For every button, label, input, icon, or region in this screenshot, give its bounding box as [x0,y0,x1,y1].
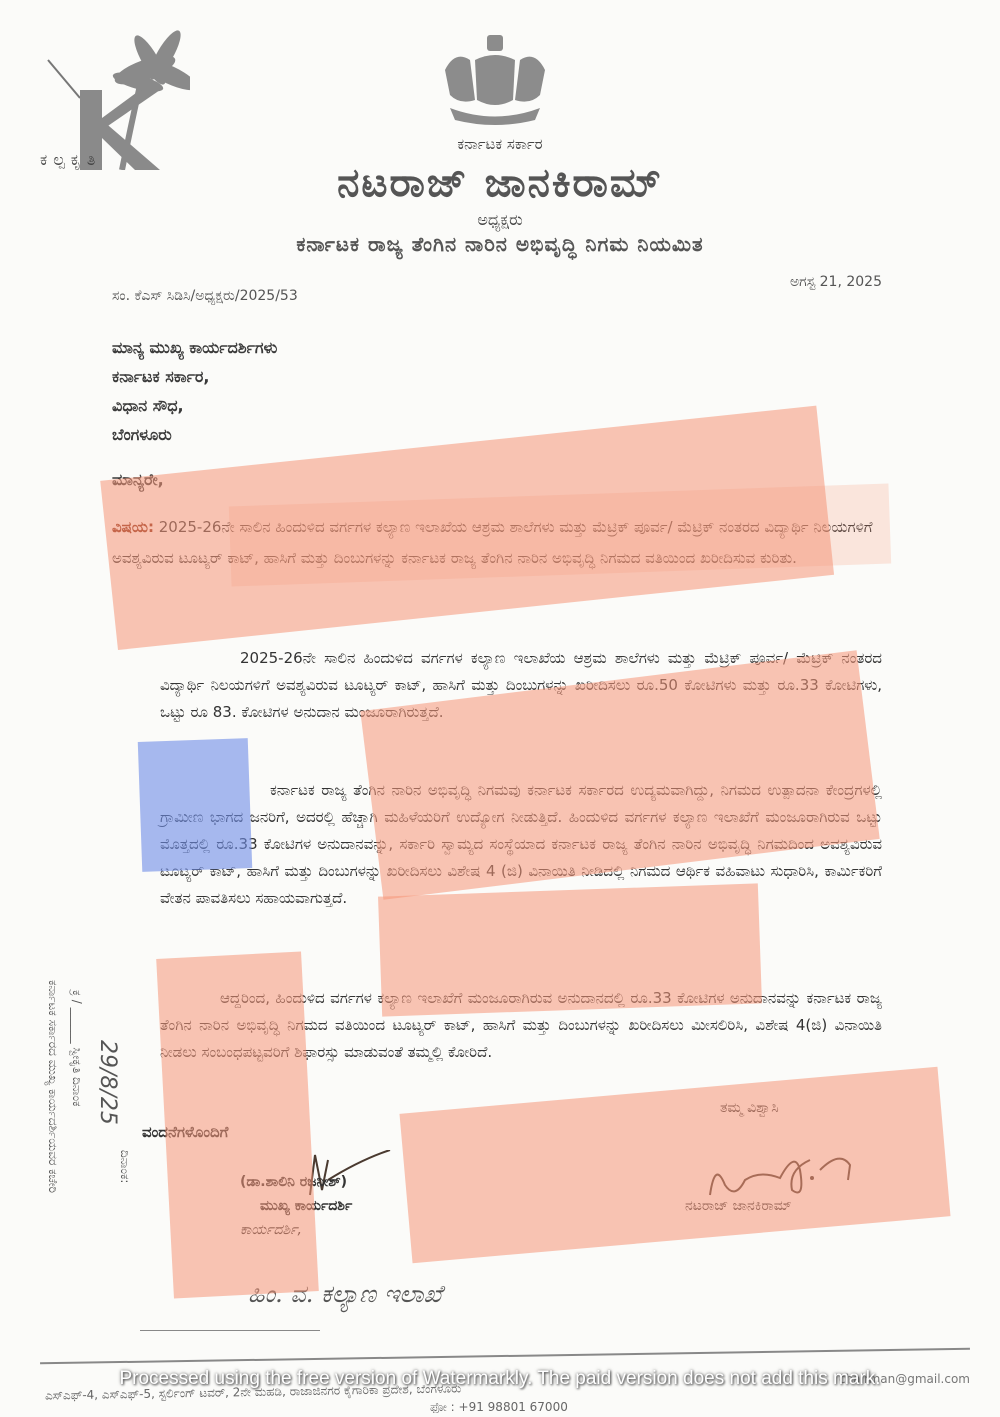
watermark-notice: Processed using the free version of Wate… [0,1368,1000,1390]
sender-designation: ಅಧ್ಯಕ್ಷರು [0,210,1000,230]
redaction-overlay [399,1067,950,1263]
footer-phone: ಫೋ : +91 98801 67000 [430,1400,568,1415]
receipt-stamp-office: ಕರ್ನಾಟಕ ಸರ್ಕಾರದ ಮುಖ್ಯ ಕಾರ್ಯದರ್ಶಿಯವರ ಕಚೇರ… [45,980,60,1193]
recipient-line: ಬೆಂಗಳೂರು [112,420,277,449]
letter-date: ಅಗಸ್ಟ 21, 2025 [790,274,882,290]
recipient-address: ಮಾನ್ಯ ಮುಖ್ಯ ಕಾರ್ಯದರ್ಶಿಗಳು ಕರ್ನಾಟಕ ಸರ್ಕಾರ… [112,333,277,449]
receipt-stamp-date-label: ದಿನಾಂಕ: [117,1150,132,1183]
redaction-overlay [378,883,762,1016]
redaction-overlay [156,951,319,1298]
footer-divider [40,1348,970,1365]
redaction-overlay-blue [138,738,252,872]
receipt-stamp: ಕರ್ನಾಟಕ ಸರ್ಕಾರದ ಮುಖ್ಯ ಕಾರ್ಯದರ್ಶಿಯವರ ಕಚೇರ… [20,980,110,1280]
receipt-stamp-number: ಕ್ರ / ______ ಸ್ವೀಕೃತಿ ದಿನಾಂಕ [69,990,84,1107]
karnataka-emblem-icon [435,30,555,130]
recipient-line: ವಿಧಾನ ಸೌಧ, [112,391,277,420]
recipient-line: ಕರ್ನಾಟಕ ಸರ್ಕಾರ, [112,362,277,391]
handwritten-underline [140,1330,320,1331]
organization-name: ಕರ್ನಾಟಕ ರಾಜ್ಯ ತೆಂಗಿನ ನಾರಿನ ಅಭಿವೃದ್ಧಿ ನಿಗ… [0,232,1000,256]
receipt-stamp-date: 29/8/25 [95,1040,120,1125]
government-name: ಕರ್ನಾಟಕ ಸರ್ಕಾರ [0,135,1000,153]
reference-number: ಸಂ. ಕೆಎಸ್ ಸಿಡಿಸಿ/ಅಧ್ಯಕ್ಷರು/2025/53 [112,288,298,304]
recipient-line: ಮಾನ್ಯ ಮುಖ್ಯ ಕಾರ್ಯದರ್ಶಿಗಳು [112,333,277,362]
sender-name-heading: ನಟರಾಜ್ ಜಾನಕಿರಾಮ್ [0,160,1000,206]
